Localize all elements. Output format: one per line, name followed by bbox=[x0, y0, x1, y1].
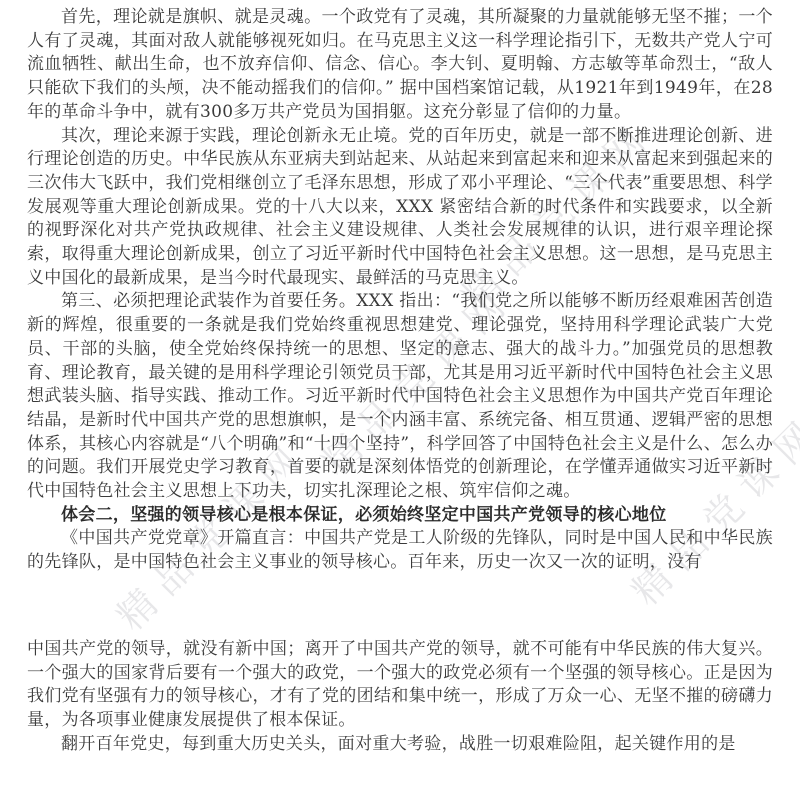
paragraph-theory-armament: 第三、必须把理论武装作为首要任务。XXX 指出：“我们党之所以能够不断历经艰难困… bbox=[27, 290, 773, 503]
paragraph-theory-from-practice: 其次，理论来源于实践，理论创新永无止境。党的百年历史，就是一部不断推进理论创新、… bbox=[27, 125, 773, 291]
page-break-gap bbox=[0, 575, 800, 632]
paragraph-theory-is-banner: 首先，理论就是旗帜、就是灵魂。一个政党有了灵魂，其所凝聚的力量就能够无坚不摧；一… bbox=[27, 6, 773, 125]
paragraph-party-leadership-continuation: 中国共产党的领导，就没有新中国；离开了中国共产党的领导，就不可能有中华民族的伟大… bbox=[27, 638, 773, 733]
paragraph-party-charter: 《中国共产党党章》开篇直言：中国共产党是工人阶级的先锋队，同时是中国人民和中华民… bbox=[27, 527, 773, 574]
paragraph-century-history-cutoff: 翻开百年党史，每到重大历史关头，面对重大考验，战胜一切艰难险阻，起关键作用的是 bbox=[27, 733, 773, 757]
page-1-content: 首先，理论就是旗帜、就是灵魂。一个政党有了灵魂，其所凝聚的力量就能够无坚不摧；一… bbox=[0, 0, 800, 575]
document-viewer: 精品党课网 精品党课网 精品党课网 精品党课网 首先，理论就是旗帜、就是灵魂。一… bbox=[0, 0, 800, 800]
page-2-content: 中国共产党的领导，就没有新中国；离开了中国共产党的领导，就不可能有中华民族的伟大… bbox=[0, 632, 800, 757]
section-heading-tihui-2: 体会二，坚强的领导核心是根本保证，必须始终坚定中国共产党领导的核心地位 bbox=[27, 504, 773, 528]
